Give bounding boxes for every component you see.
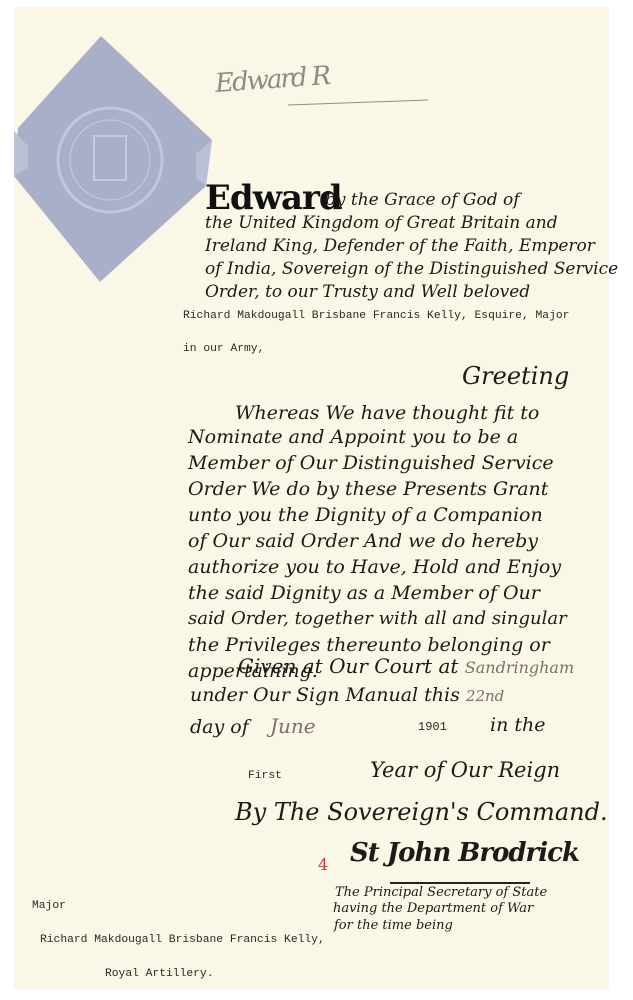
given-day: 22nd: [466, 687, 504, 705]
body-line: Order We do by these Presents Grant: [188, 478, 548, 500]
addressee-name: Richard Makdougall Brisbane Francis Kell…: [40, 934, 325, 946]
body-line: of Our said Order And we do hereby: [188, 530, 538, 552]
body-line: authorize you to Have, Hold and Enjoy: [188, 556, 561, 578]
preamble-line: Ireland King, Defender of the Faith, Emp…: [205, 236, 595, 256]
seal-icon: [14, 36, 212, 282]
regnal-year: First: [248, 770, 282, 782]
minister-title-line: for the time being: [334, 918, 453, 933]
minister-title-line: The Principal Secretary of State: [335, 885, 547, 900]
preamble-line: by the Grace of God of: [325, 190, 520, 210]
given-line: in the: [490, 714, 545, 736]
body-line: Member of Our Distinguished Service: [188, 452, 554, 474]
signature-underline: [390, 882, 530, 884]
body-line: the Privileges thereunto belonging or: [188, 634, 550, 656]
given-month: June: [270, 714, 316, 738]
sovereign-name: Edward: [205, 178, 342, 218]
sovereign-command: By The Sovereign's Command.: [235, 798, 608, 826]
preamble-line: Order, to our Trusty and Well beloved: [205, 282, 530, 302]
addressee-rank: Major: [32, 900, 66, 912]
preamble-line: of India, Sovereign of the Distinguished…: [205, 259, 618, 279]
recipient-line: Richard Makdougall Brisbane Francis Kell…: [183, 310, 569, 322]
given-line: Year of Our Reign: [370, 758, 560, 782]
given-place: Sandringham: [465, 658, 574, 677]
addressee-unit: Royal Artillery.: [105, 968, 213, 980]
body-line: said Order, together with all and singul…: [188, 608, 567, 629]
preamble-line: the United Kingdom of Great Britain and: [205, 213, 558, 233]
greeting: Greeting: [462, 362, 569, 390]
minister-title-line: having the Department of War: [333, 901, 533, 916]
body-line: Nominate and Appoint you to be a: [188, 426, 518, 448]
minister-signature: St John Brodrick: [350, 838, 579, 868]
body-line: unto you the Dignity of a Companion: [188, 504, 543, 526]
body-line: the said Dignity as a Member of Our: [188, 582, 540, 604]
annotation-mark: 4: [318, 855, 328, 874]
given-line: Given at Our Court at Sandringham: [238, 654, 574, 678]
body-line: Whereas We have thought fit to: [235, 402, 539, 424]
given-line: day of: [190, 716, 249, 738]
recipient-line: in our Army,: [183, 343, 264, 355]
given-line: under Our Sign Manual this 22nd: [190, 684, 504, 706]
given-year: 1901: [418, 720, 447, 734]
